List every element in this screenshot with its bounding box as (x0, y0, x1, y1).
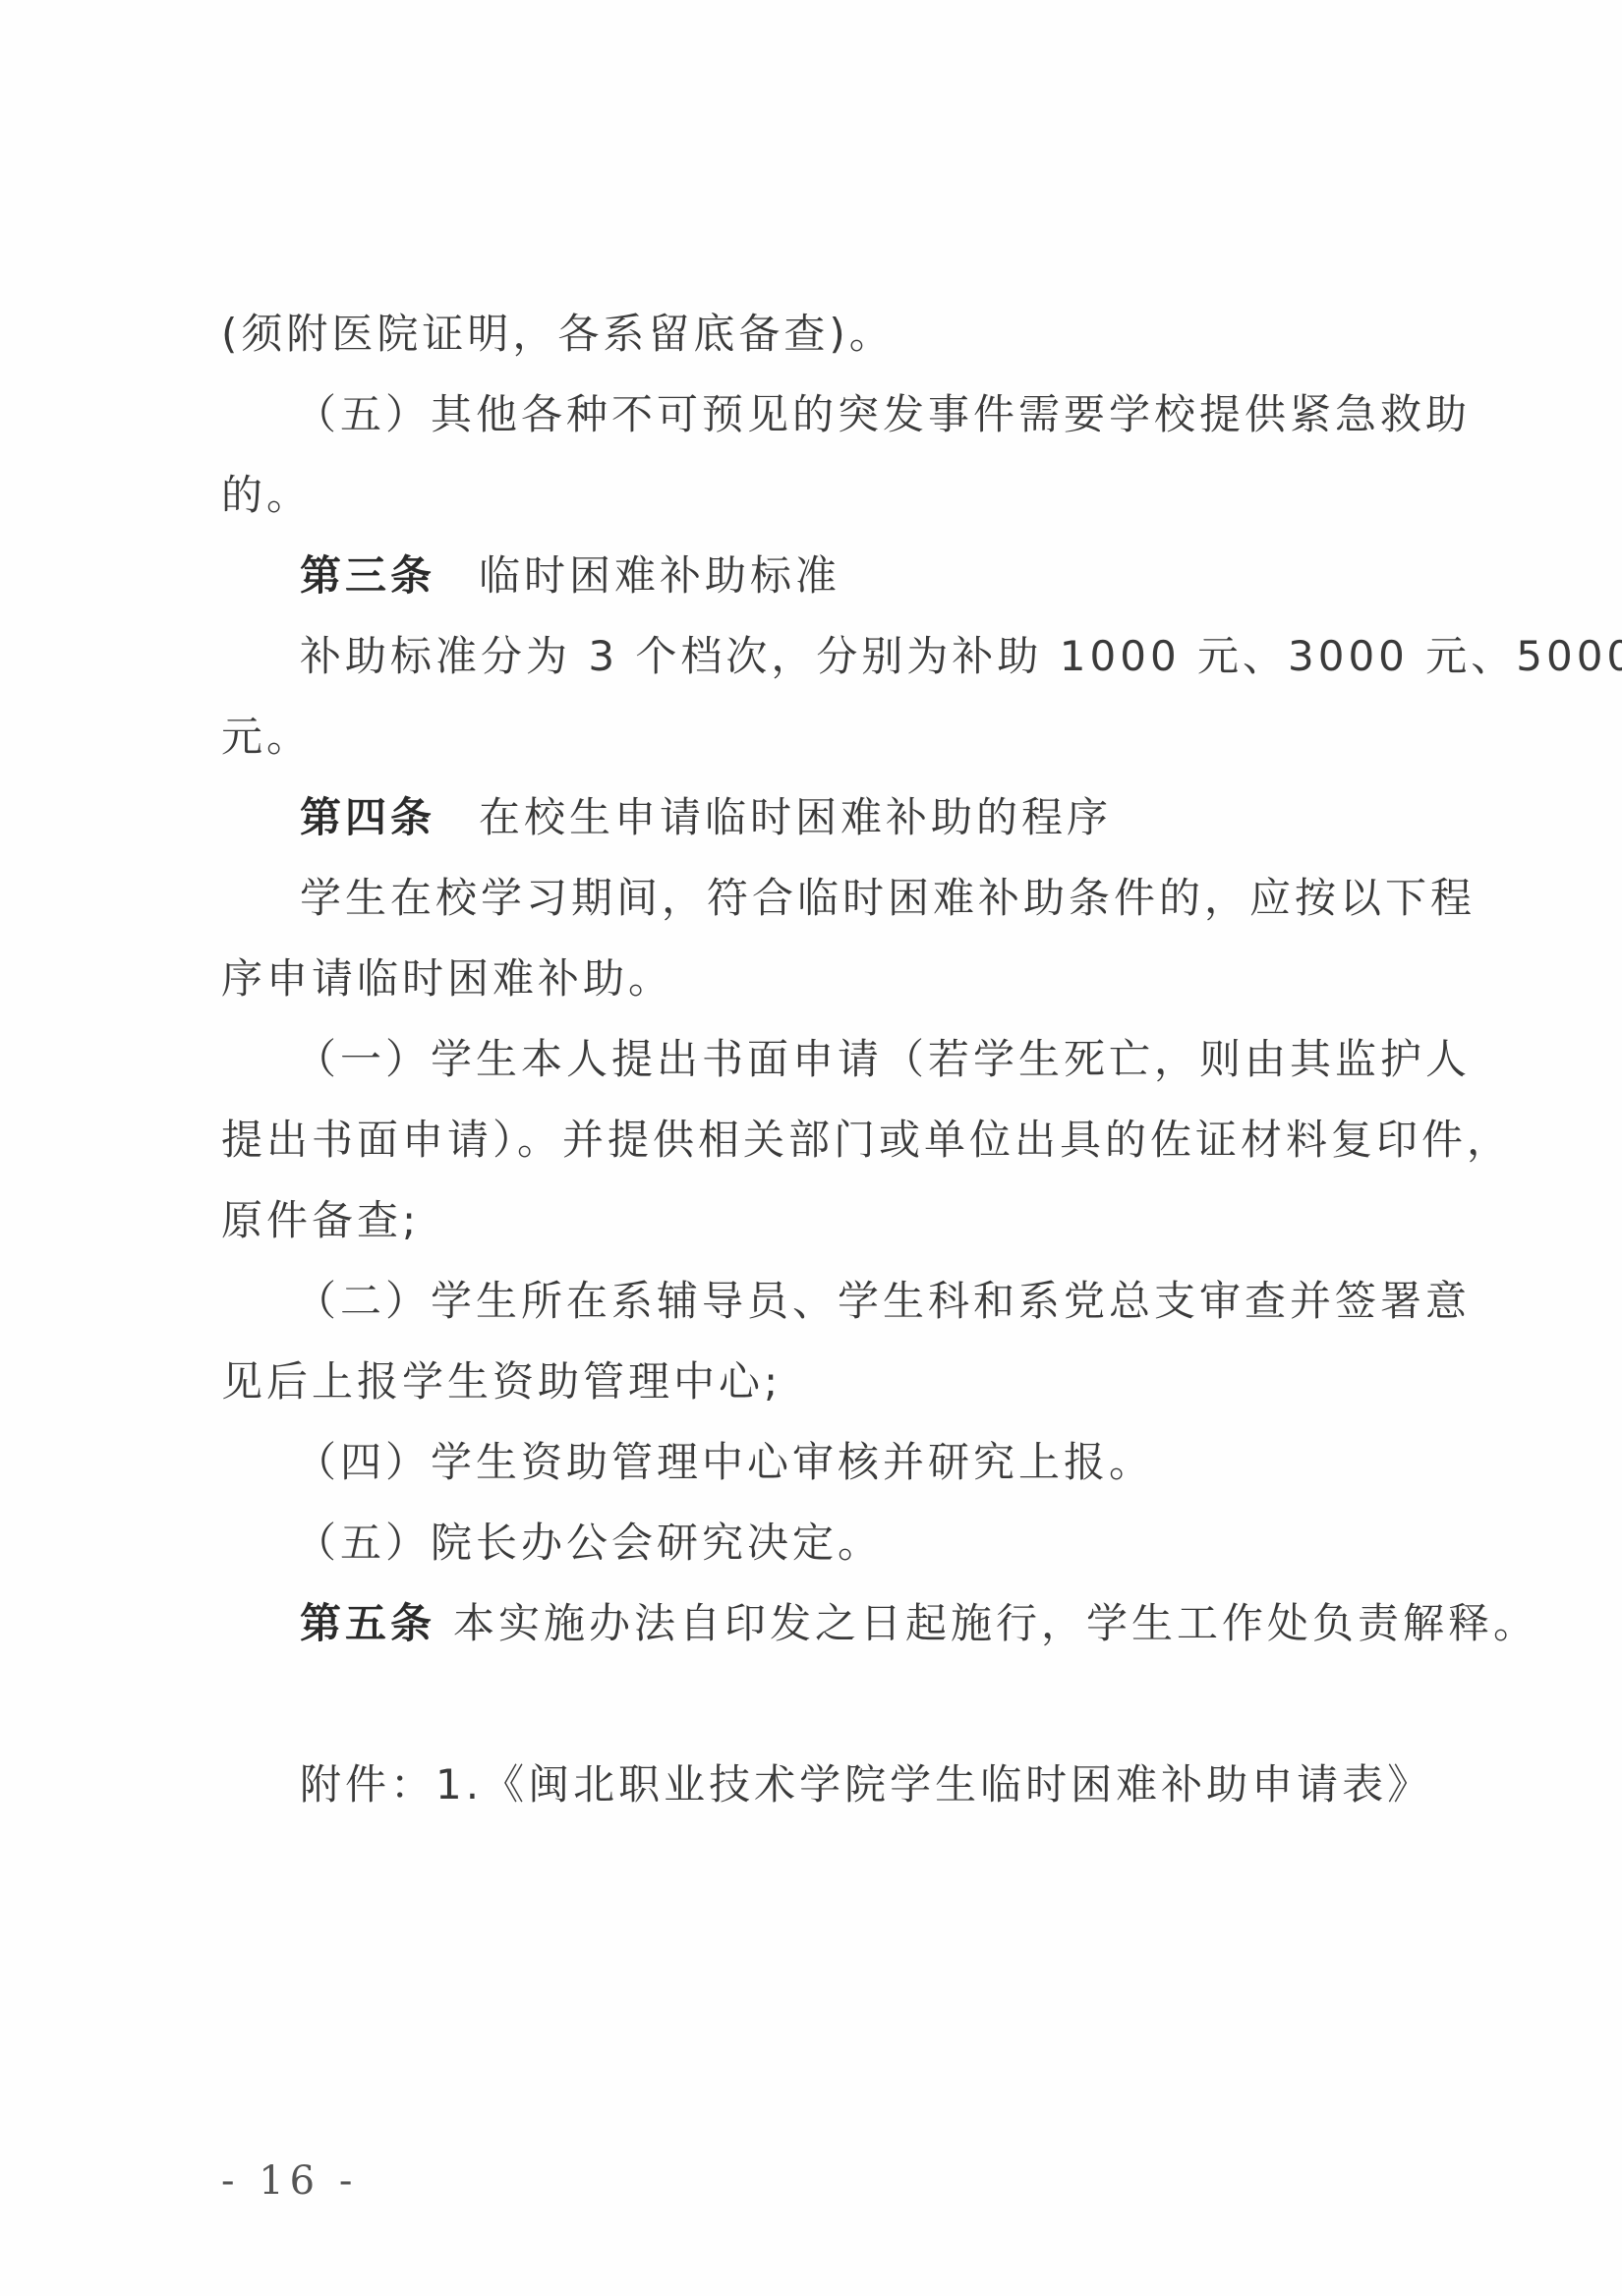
article-4-intro-line-1: 学生在校学习期间，符合临时困难补助条件的，应按以下程 (300, 873, 1432, 924)
article-4-heading-line: 第四条在校生申请临时困难补助的程序 (300, 792, 1112, 843)
document-page: (须附医院证明，各系留底备查)。 （五）其他各种不可预见的突发事件需要学校提供紧… (0, 0, 1622, 2296)
article-4-intro-line-2: 序申请临时困难补助。 (221, 953, 673, 1004)
text-line-hospital-proof: (须附医院证明，各系留底备查)。 (221, 309, 895, 360)
attachment-line: 附件：1.《闽北职业技术学院学生临时困难补助申请表》 (300, 1759, 1432, 1810)
attachment-item: 1.《闽北职业技术学院学生临时困难补助申请表》 (435, 1760, 1432, 1808)
article-5-body: 本实施办法自印发之日起施行，学生工作处负责解释。 (453, 1599, 1538, 1647)
article-4-heading: 第四条 (300, 793, 435, 841)
article-3-heading-line: 第三条临时困难补助标准 (300, 550, 840, 602)
article-4-item-5: （五）院长办公会研究决定。 (295, 1518, 883, 1569)
article-3-body-line-2: 元。 (221, 712, 312, 763)
article-3-title: 临时困难补助标准 (479, 551, 840, 600)
article-4-item-1-line-1: （一）学生本人提出书面申请（若学生死亡，则由其监护人 (295, 1034, 1427, 1085)
text-line-item-5-emergency: （五）其他各种不可预见的突发事件需要学校提供紧急救助 (295, 389, 1427, 440)
attachment-label: 附件： (300, 1760, 435, 1808)
article-5-line: 第五条本实施办法自印发之日起施行，学生工作处负责解释。 (300, 1598, 1538, 1649)
text-line-item-5-end: 的。 (221, 470, 312, 521)
article-3-body-line-1: 补助标准分为 3 个档次，分别为补助 1000 元、3000 元、5000 (300, 631, 1432, 682)
page-number: - 16 - (221, 2158, 358, 2204)
article-4-item-4: （四）学生资助管理中心审核并研究上报。 (295, 1437, 1154, 1488)
article-4-item-2-line-2: 见后上报学生资助管理中心; (221, 1356, 782, 1407)
article-4-title: 在校生申请临时困难补助的程序 (479, 793, 1112, 841)
article-3-heading: 第三条 (300, 551, 435, 600)
article-4-item-2-line-1: （二）学生所在系辅导员、学生科和系党总支审查并签署意 (295, 1276, 1427, 1327)
article-5-heading: 第五条 (300, 1599, 435, 1647)
article-4-item-1-line-3: 原件备查; (221, 1195, 420, 1246)
article-4-item-1-line-2: 提出书面申请）。并提供相关部门或单位出具的佐证材料复印件， (221, 1115, 1432, 1166)
